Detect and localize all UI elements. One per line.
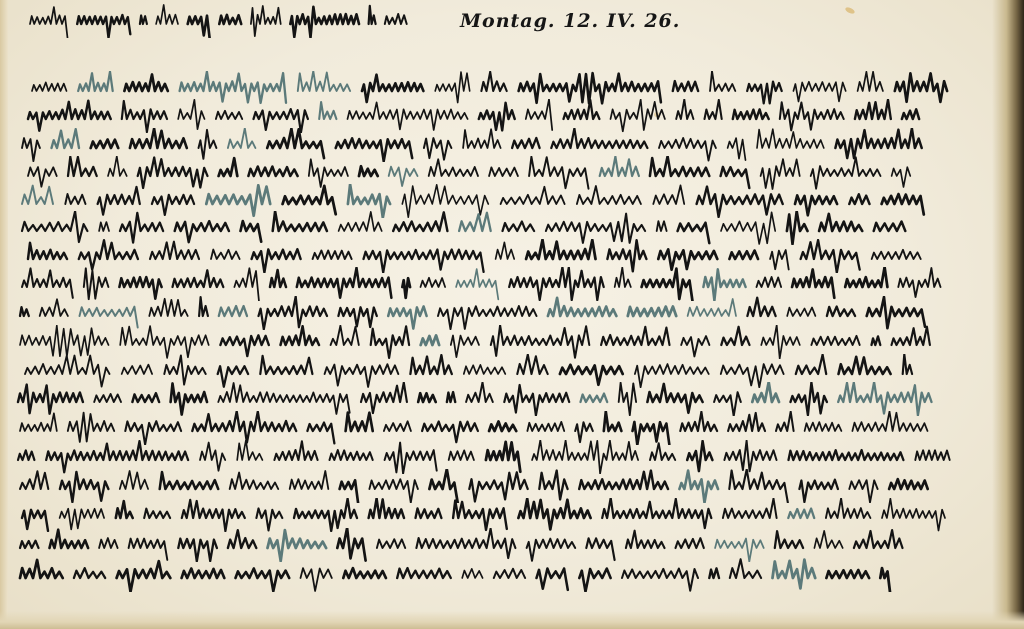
ink-strokes xyxy=(0,558,1024,592)
ink-strokes xyxy=(0,498,1024,532)
handwritten-line: der alten L. Ch. Kommen, der wollten sic… xyxy=(0,498,1024,532)
handwritten-line: so lieb zu mir. Nach der Probe, als ich … xyxy=(0,528,1024,562)
ink-strokes xyxy=(0,528,1024,562)
handwritten-line: noch ein Lied. Dann gehen wir nach oben.… xyxy=(0,558,1024,592)
ink-strokes xyxy=(0,4,1024,38)
handwritten-line: nicht bringe! – Wir hat das Land erwarte… xyxy=(0,4,1024,38)
diary-page: Montag. 12. IV. 26. nicht bringe! – Wir … xyxy=(0,0,1024,629)
page-bottom-edge xyxy=(0,611,1024,629)
